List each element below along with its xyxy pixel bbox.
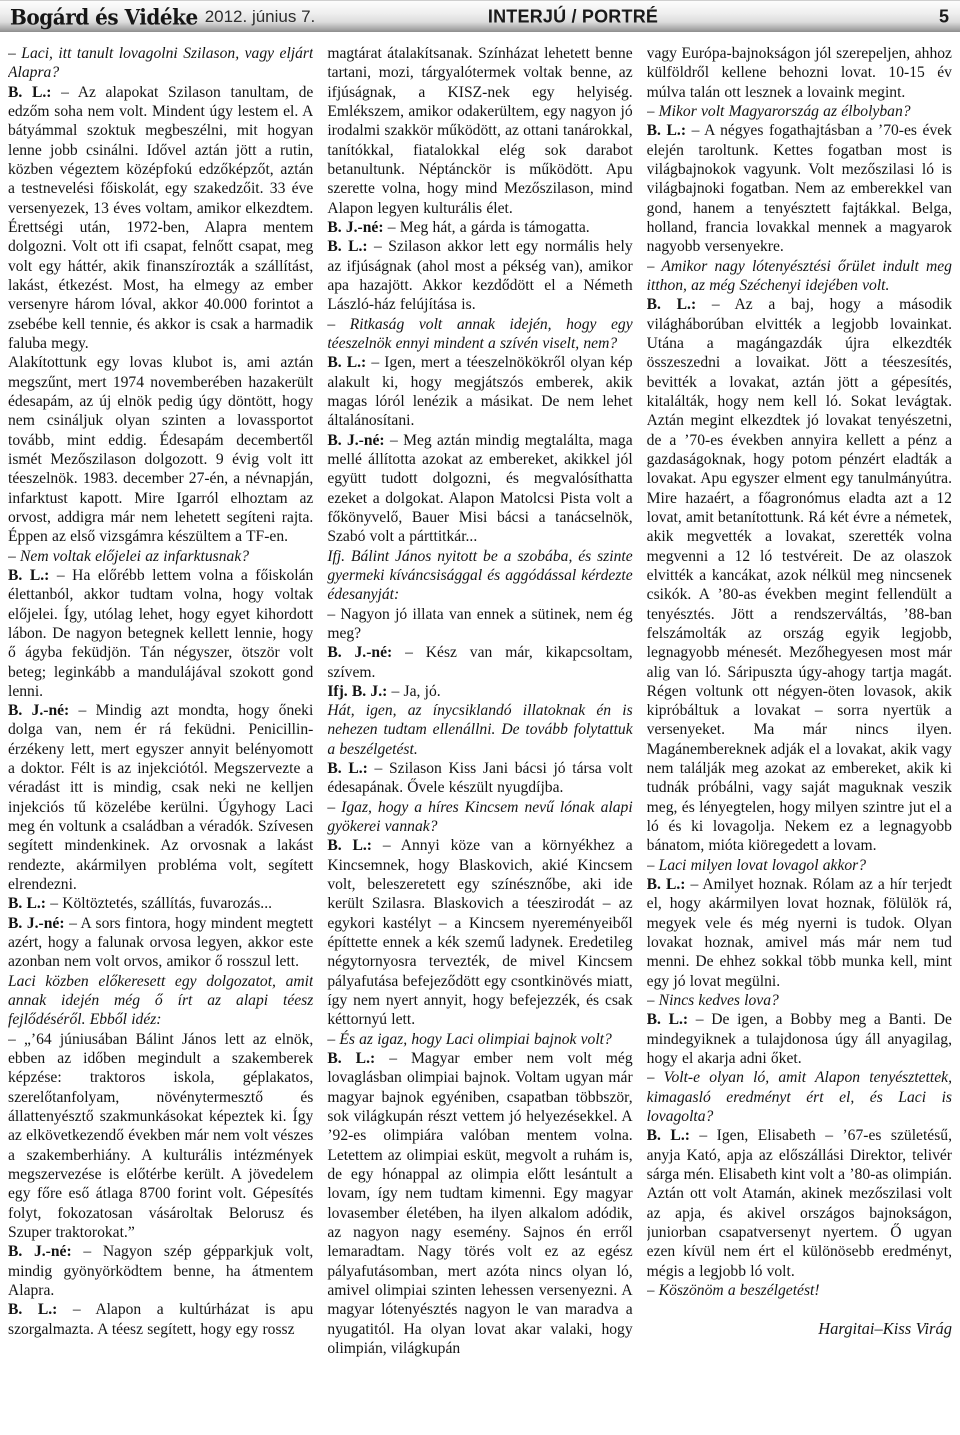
- answer-paragraph: B. J.-né: – Meg hát, a gárda is támogatt…: [327, 218, 632, 237]
- issue-date: 2012. június 7.: [205, 7, 316, 27]
- speaker-label: Ifj. B. J.:: [327, 683, 391, 700]
- speaker-label: B. L.:: [8, 895, 50, 912]
- narration: Ifj. Bálint János nyitott be a szobába, …: [327, 547, 632, 605]
- interviewer-question: – Nem voltak előjelei az infarktusnak?: [8, 547, 313, 566]
- answer-paragraph: vagy Európa-bajnokságon jól szerepeljen,…: [647, 44, 952, 102]
- answer-paragraph: B. L.: – Annyi köze van a környékhez a K…: [327, 836, 632, 1029]
- answer-paragraph: B. L.: – Magyar ember nem volt még lovag…: [327, 1049, 632, 1358]
- speaker-label: B. L.:: [647, 296, 712, 313]
- answer-paragraph: B. L.: – Szilason Kiss Jani bácsi jó tár…: [327, 759, 632, 798]
- speaker-label: B. L.:: [8, 1301, 73, 1318]
- newspaper-page: { "header": { "masthead": "Bogárd és Vid…: [0, 0, 960, 1435]
- answer-paragraph: – „’64 júniusában Bálint János lett az e…: [8, 1030, 313, 1243]
- speaker-label: B. L.:: [327, 837, 383, 854]
- interviewer-question: – Köszönöm a beszélgetést!: [647, 1281, 952, 1300]
- answer-paragraph: B. J.-né: – A sors fintora, hogy mindent…: [8, 914, 313, 972]
- interviewer-question: – Ritkaság volt annak idején, hogy egy t…: [327, 315, 632, 354]
- speaker-label: B. L.:: [327, 1050, 389, 1067]
- answer-paragraph: magtárat átalakítsanak. Színházat lehete…: [327, 44, 632, 218]
- speaker-label: B. L.:: [647, 1127, 700, 1144]
- article-column: vagy Európa-bajnokságon jól szerepeljen,…: [647, 44, 952, 1429]
- speaker-label: B. L.:: [647, 1011, 696, 1028]
- page-number: 5: [939, 6, 949, 27]
- narration: Laci közben előkeresett egy dolgozatot, …: [8, 972, 313, 1030]
- interviewer-question: – Mikor volt Magyarország az élbolyban?: [647, 102, 952, 121]
- answer-paragraph: B. L.: – Az a baj, hogy a második világh…: [647, 295, 952, 856]
- interviewer-question: – Amikor nagy lótenyésztési őrület indul…: [647, 257, 952, 296]
- answer-paragraph: Alakítottunk egy lovas klubot is, ami az…: [8, 353, 313, 546]
- answer-paragraph: B. J.-né: – Kész van már, kikapcsoltam, …: [327, 643, 632, 682]
- narration: Hát, igen, az ínycsiklandó illatoknak én…: [327, 701, 632, 759]
- answer-paragraph: B. L.: – Az alapokat Szilason tanultam, …: [8, 83, 313, 354]
- answer-paragraph: B. L.: – Költöztetés, szállítás, fuvaroz…: [8, 894, 313, 913]
- article-body: – Laci, itt tanult lovagolni Szilason, v…: [0, 32, 960, 1429]
- speaker-label: B. L.:: [647, 876, 691, 893]
- interviewer-question: – Volt-e olyan ló, amit Alapon tenyészte…: [647, 1068, 952, 1126]
- speaker-label: B. L.:: [327, 760, 374, 777]
- speaker-label: B. J.-né:: [327, 432, 390, 449]
- answer-paragraph: B. L.: – Igen, mert a téeszelnökökről ol…: [327, 353, 632, 430]
- interviewer-question: – Nincs kedves lova?: [647, 991, 952, 1010]
- interviewer-question: – És az igaz, hogy Laci olimpiai bajnok …: [327, 1030, 632, 1049]
- answer-paragraph: – Nagyon jó illata van ennek a sütinek, …: [327, 605, 632, 644]
- answer-paragraph: B. L.: – Alapon a kultúrházat is apu szo…: [8, 1300, 313, 1339]
- article-column: – Laci, itt tanult lovagolni Szilason, v…: [8, 44, 313, 1429]
- speaker-label: B. J.-né:: [327, 219, 387, 236]
- speaker-label: B. L.:: [647, 122, 692, 139]
- speaker-label: B. L.:: [8, 84, 61, 101]
- answer-paragraph: B. J.-né: – Mindig azt mondta, hogy őnek…: [8, 701, 313, 894]
- speaker-label: B. J.-né:: [327, 644, 405, 661]
- interviewer-question: – Laci milyen lovat lovagol akkor?: [647, 856, 952, 875]
- answer-paragraph: B. J.-né: – Nagyon szép gépparkjuk volt,…: [8, 1242, 313, 1300]
- author-signature: Hargitai–Kiss Virág: [647, 1319, 952, 1339]
- speaker-label: B. L.:: [327, 354, 371, 371]
- answer-paragraph: B. L.: – Ha előrébb lettem volna a főisk…: [8, 566, 313, 701]
- newspaper-masthead: Bogárd és Vidéke: [10, 4, 198, 30]
- interviewer-question: – Laci, itt tanult lovagolni Szilason, v…: [8, 44, 313, 83]
- article-column: magtárat átalakítsanak. Színházat lehete…: [327, 44, 632, 1429]
- page-header: Bogárd és Vidéke 2012. június 7. INTERJÚ…: [0, 0, 960, 32]
- answer-paragraph: B. L.: – A négyes fogathajtásban a ’70-e…: [647, 121, 952, 256]
- answer-paragraph: B. L.: – Amilyet hoznak. Rólam az a hír …: [647, 875, 952, 991]
- answer-paragraph: Ifj. B. J.: – Ja, jó.: [327, 682, 632, 701]
- answer-paragraph: B. J.-né: – Meg aztán mindig megtalálta,…: [327, 431, 632, 547]
- answer-paragraph: B. L.: – De igen, a Bobby meg a Banti. D…: [647, 1010, 952, 1068]
- answer-paragraph: B. L.: – Szilason akkor lett egy normáli…: [327, 237, 632, 314]
- speaker-label: B. L.:: [8, 567, 57, 584]
- speaker-label: B. J.-né:: [8, 915, 69, 932]
- speaker-label: B. J.-né:: [8, 1243, 83, 1260]
- answer-paragraph: B. L.: – Igen, Elisabeth – ’67-es szület…: [647, 1126, 952, 1281]
- section-title: INTERJÚ / PORTRÉ: [488, 6, 658, 27]
- speaker-label: B. J.-né:: [8, 702, 79, 719]
- speaker-label: B. L.:: [327, 238, 374, 255]
- interviewer-question: – Igaz, hogy a híres Kincsem nevű lónak …: [327, 798, 632, 837]
